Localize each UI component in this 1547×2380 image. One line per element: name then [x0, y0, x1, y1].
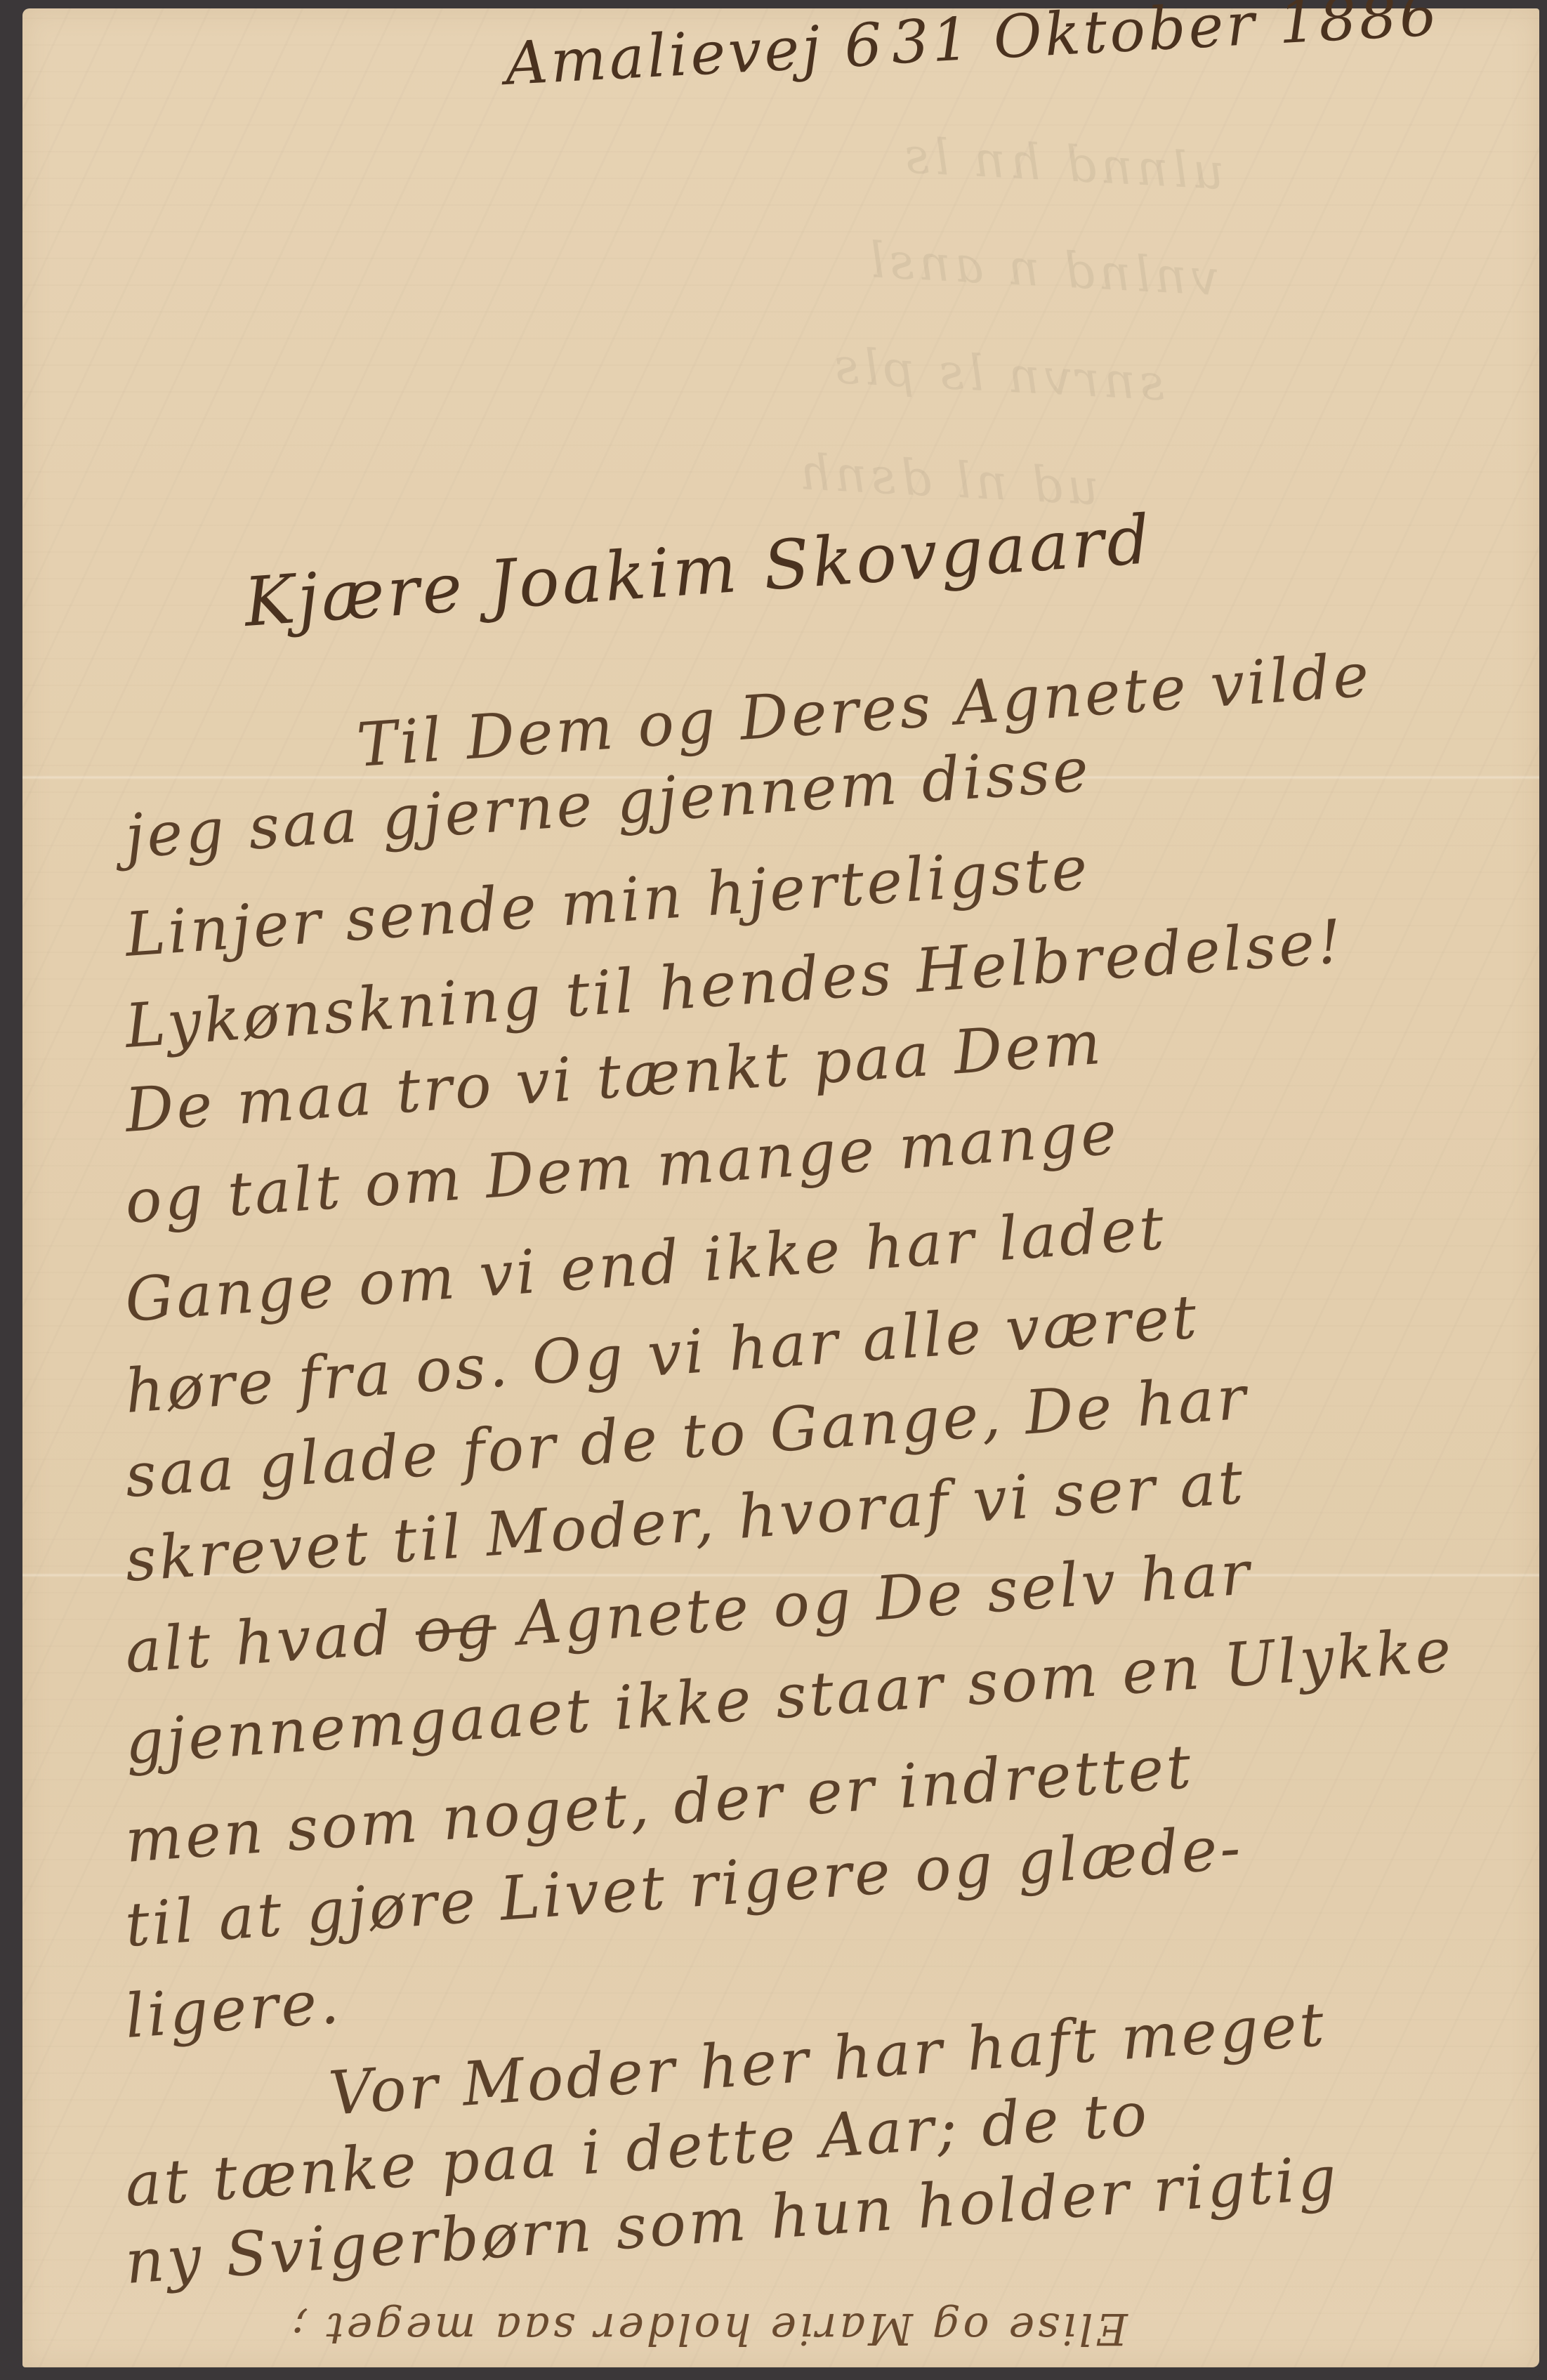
bleed-through-text: vnlnd n ansl: [864, 231, 1220, 307]
letter-line: ligere.: [123, 1967, 344, 2052]
struck-word: og: [413, 1591, 499, 1666]
inverted-footer-line: Elise og Marie holder saa meget ;: [289, 2303, 1128, 2355]
letter-address: Amalievej 6: [503, 10, 887, 98]
bleed-through-text: ulnnd hn ls: [899, 126, 1225, 201]
bleed-through-text: snrvn ls pls: [829, 337, 1166, 412]
letter-page: ulnnd hn ls vnlnd n ansl snrvn ls pls ud…: [22, 8, 1539, 2367]
letter-date: 31 Oktober 1886: [890, 0, 1442, 77]
letter-salutation: Kjære Joakim Skovgaard: [242, 500, 1155, 642]
bleed-through-text: ud nl dsnh: [794, 443, 1100, 517]
line-text: alt hvad: [123, 1596, 418, 1687]
